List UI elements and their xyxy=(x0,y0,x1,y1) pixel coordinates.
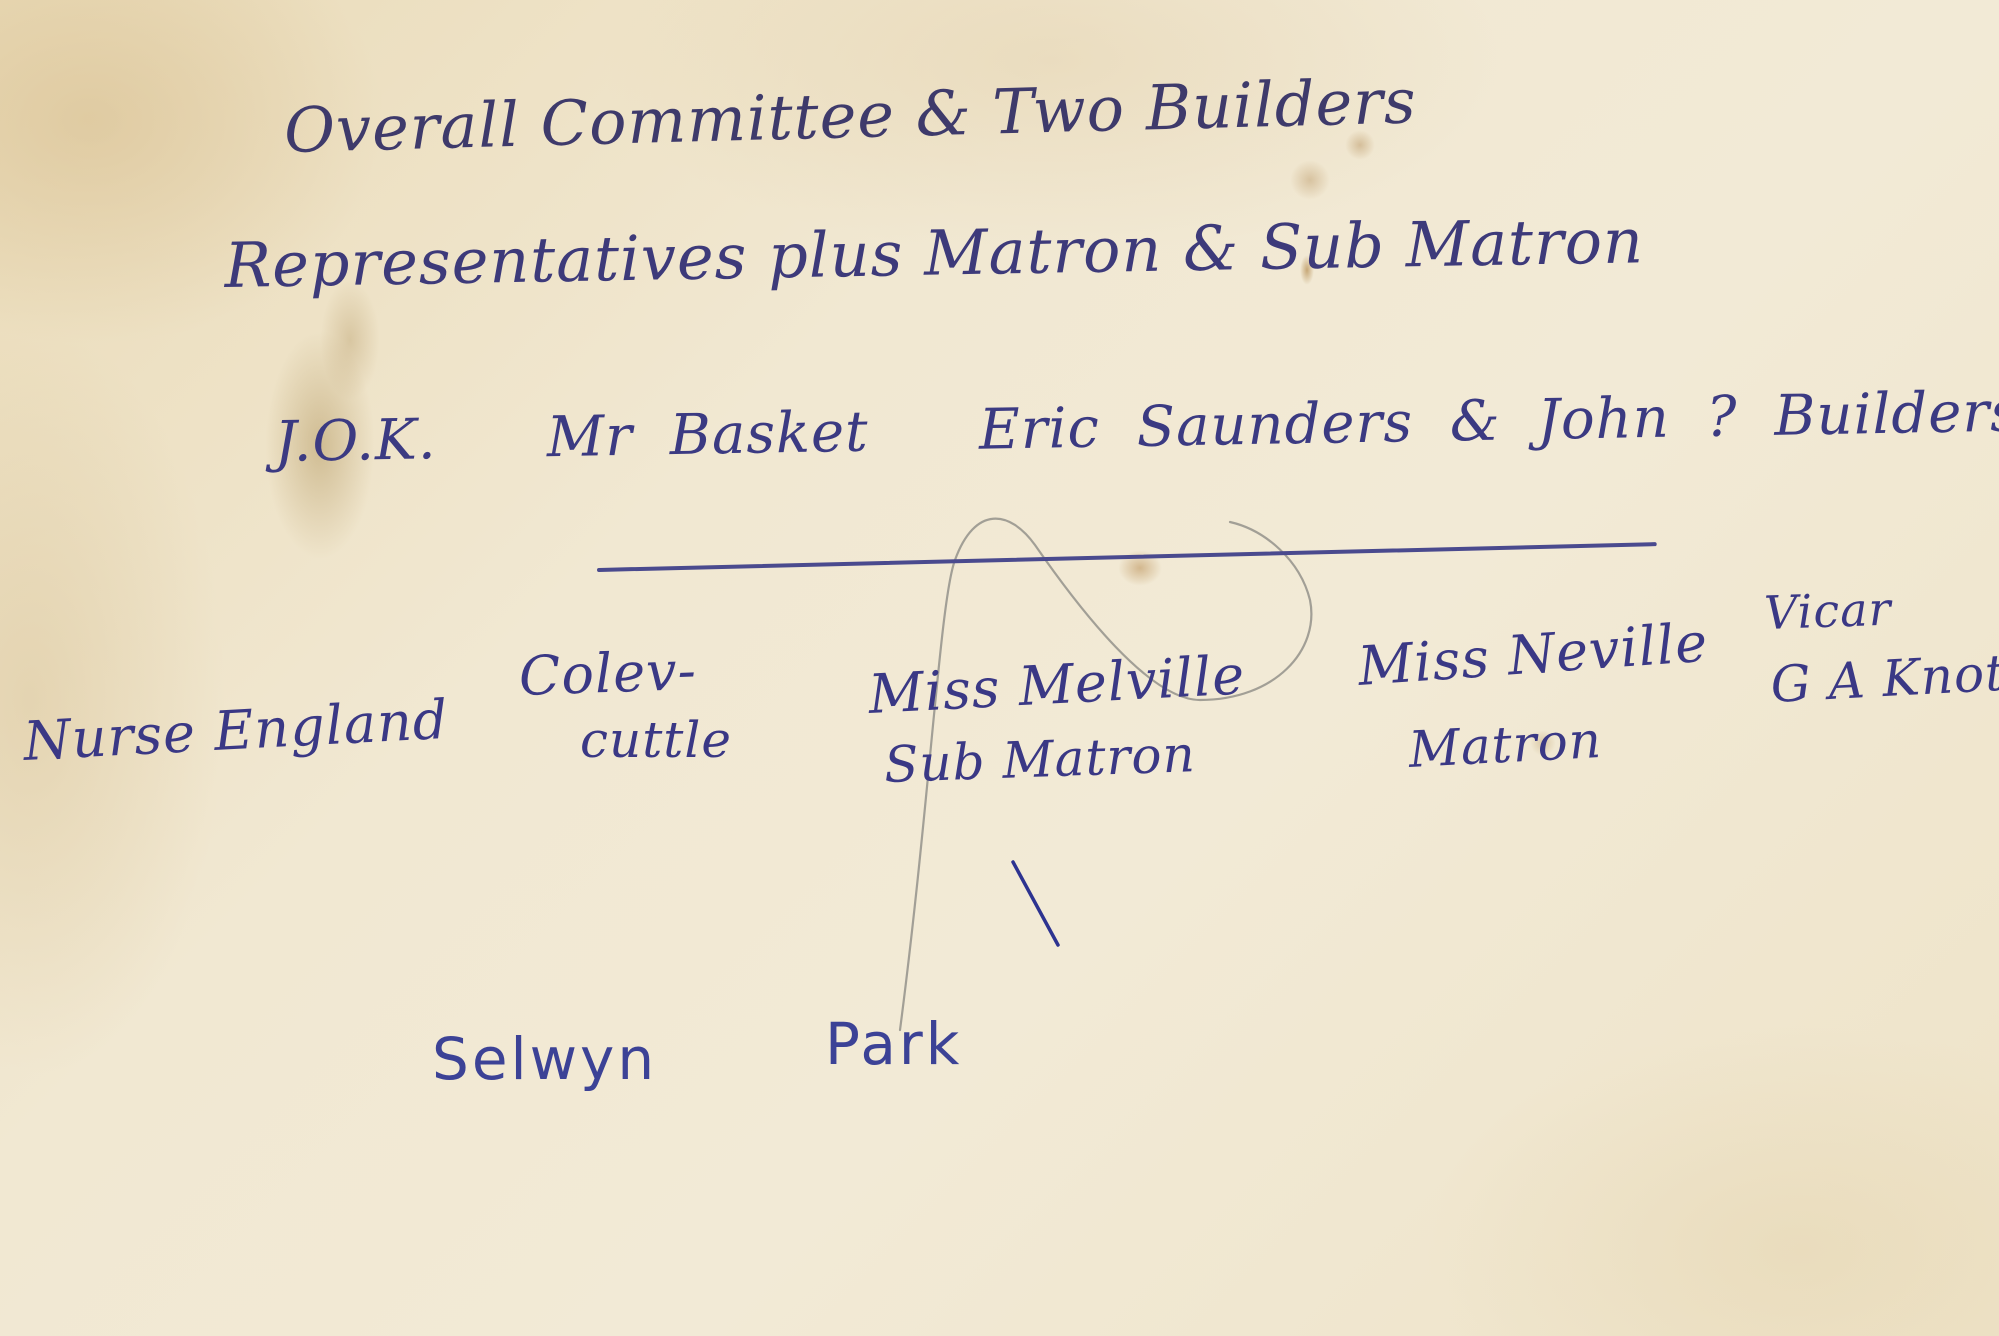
person-subtitle-matron: Matron xyxy=(1407,715,1603,775)
person-subtitle: Sub Matron xyxy=(883,725,1197,794)
person-subtitle-ga-knott: G A Knott xyxy=(1769,647,1999,710)
location-label-park: Park xyxy=(825,1015,962,1073)
location-label: Selwyn xyxy=(432,1030,657,1088)
name-eric-saunders: Eric Saunders xyxy=(978,390,1413,463)
location-word-park: Park xyxy=(825,1010,962,1078)
ampersand: & xyxy=(1449,389,1501,455)
person-name: Vicar xyxy=(1763,582,1892,640)
person-subtitle: Matron xyxy=(1407,711,1603,779)
person-subtitle-cuttle: cuttle xyxy=(580,715,732,765)
person-subtitle: cuttle xyxy=(580,711,732,769)
person-name: Colev- xyxy=(518,639,698,708)
photo-card-back: Overall Committee & Two Builders Represe… xyxy=(0,0,1999,1336)
person-label-vicar: Vicar xyxy=(1763,586,1892,636)
name-john-builders: John ? Builders xyxy=(1537,380,1999,453)
location-word-selwyn: Selwyn xyxy=(432,1025,657,1093)
person-label-colev: Colev- xyxy=(518,644,698,704)
name-jok: J.O.K. xyxy=(274,407,437,475)
person-subtitle-sub-matron: Sub Matron xyxy=(883,729,1196,790)
person-subtitle: G A Knott xyxy=(1769,643,1999,714)
name-mr-basket: Mr Basket xyxy=(546,400,869,471)
